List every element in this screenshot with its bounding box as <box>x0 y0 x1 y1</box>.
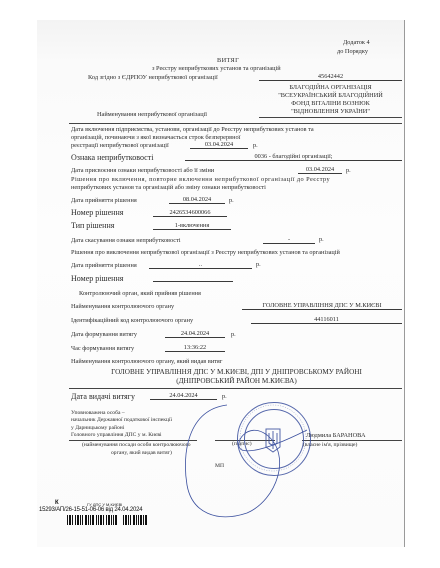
inclusion-label-line-3: реєстрації неприбуткової організації <box>71 142 169 149</box>
decision-number: 2426534600066 <box>153 209 227 217</box>
extract-divider <box>69 388 402 389</box>
control-body-heading: Контролюючий орган, який прийняв рішення <box>79 290 201 297</box>
extract-issuer-line-2: (ДНІПРОВСЬКИЙ РАЙОН М.КИЄВА) <box>71 377 402 385</box>
registration-letter: К <box>55 500 59 506</box>
decision-date: 08.04.2024 <box>169 196 225 204</box>
appendix-line-2: до Порядку <box>337 48 368 55</box>
cancellation-label: Дата скасування ознаки неприбутковості <box>71 237 181 244</box>
extract-formed-time-label: Час формування витягу <box>71 345 134 352</box>
document-title: ВИТЯГ <box>217 57 239 64</box>
edrpou-value: 45642442 <box>259 73 402 81</box>
nonprofit-sign-assign-date-suffix: р. <box>346 167 351 174</box>
nonprofit-sign-assign-date-label: Дата присвоєння ознаки неприбутковості а… <box>71 167 214 174</box>
extract-issuer-label: Найменування контролюючого органу, який … <box>71 358 222 365</box>
exclusion-date: .. <box>149 261 252 269</box>
exclusion-number <box>153 274 233 282</box>
extract-formed-time: 13:36:22 <box>165 344 225 352</box>
decision-date-suffix: р. <box>229 197 234 204</box>
exclusion-date-label: Дата прийняття рішення <box>71 262 137 269</box>
organization-name-underline <box>259 117 402 118</box>
organization-name-line: "ВСЕУКРАЇНСЬКИЙ БЛАГОДІЙНИЙ <box>259 92 402 100</box>
inclusion-date: 03.04.2024 <box>190 141 248 149</box>
extract-issuer-line-1: ГОЛОВНЕ УПРАВЛІННЯ ДПС У М.КИЄВІ, ДПІ У … <box>71 368 402 376</box>
organization-name-label: Найменування неприбуткової організації <box>97 111 207 118</box>
extract-formed-date-suffix: р. <box>231 331 236 338</box>
decision-type-label: Тип рішення <box>71 221 114 230</box>
exclusion-date-suffix: р. <box>256 261 261 268</box>
control-body-name: ГОЛОВНЕ УПРАВЛІННЯ ДПС У М.КИЄВІ <box>242 302 402 310</box>
handwritten-signature <box>147 395 317 525</box>
extract-issue-date-label: Дата видачі витягу <box>71 392 135 401</box>
decision-heading-line-1: Рішення про включення, повторне включенн… <box>71 176 330 183</box>
decision-number-label: Номер рішення <box>71 208 123 217</box>
decision-type: 1-включення <box>153 222 231 230</box>
nonprofit-sign-label: Ознака неприбутковості <box>71 153 153 162</box>
organization-name-line: "ВІДНОВЛЕННЯ УКРАЇНИ" <box>259 108 402 116</box>
registration-barcode <box>67 515 147 525</box>
inclusion-label-line-1: Дата включення підприємства, установи, о… <box>71 126 314 133</box>
extract-formed-date-label: Дата формування витягу <box>71 331 137 338</box>
organization-name: БЛАГОДІЙНА ОРГАНІЗАЦІЯ "ВСЕУКРАЇНСЬКИЙ Б… <box>259 84 402 116</box>
nonprofit-sign-value: 0036 - благодійні організації; <box>185 153 402 161</box>
decision-date-label: Дата прийняття рішення <box>71 197 137 204</box>
organization-name-line: ФОНД ВІТАЛІНИ ВОЗНЮК <box>259 100 402 108</box>
control-body-code: 44116011 <box>251 316 402 324</box>
section-divider <box>69 123 402 124</box>
name-underline <box>302 440 402 441</box>
registration-number: 15293/АП/26-15-51-06-06 від 24.04.2024 <box>39 507 142 513</box>
document-page: Додаток 4 до Порядку ВИТЯГ з Реєстру неп… <box>37 20 405 547</box>
inclusion-label-line-2: організацій, починаючи з якої визначаєть… <box>71 134 240 141</box>
exclusion-number-label: Номер рішення <box>71 274 123 283</box>
document-subtitle: з Реєстру неприбуткових установ та орган… <box>152 65 281 72</box>
control-body-code-label: Ідентифікаційний код контролюючого орган… <box>71 317 193 324</box>
nonprofit-sign-assign-date: 03.04.2024 <box>298 166 342 174</box>
inclusion-date-suffix: р. <box>253 142 258 149</box>
edrpou-label: Код згідно з ЄДРПОУ неприбуткової органі… <box>88 74 218 81</box>
decision-heading-line-2: неприбуткових установ та організацій або… <box>71 184 266 191</box>
appendix-line-1: Додаток 4 <box>343 39 370 46</box>
exclusion-heading: Рішення про виключення неприбуткової орг… <box>71 249 340 256</box>
organization-name-line: БЛАГОДІЙНА ОРГАНІЗАЦІЯ <box>259 84 402 92</box>
control-body-name-label: Найменування контролюючого органу <box>71 303 174 310</box>
cancellation-suffix: р. <box>319 236 324 243</box>
extract-formed-date: 24.04.2024 <box>165 330 225 338</box>
cancellation-date: - <box>263 236 315 244</box>
